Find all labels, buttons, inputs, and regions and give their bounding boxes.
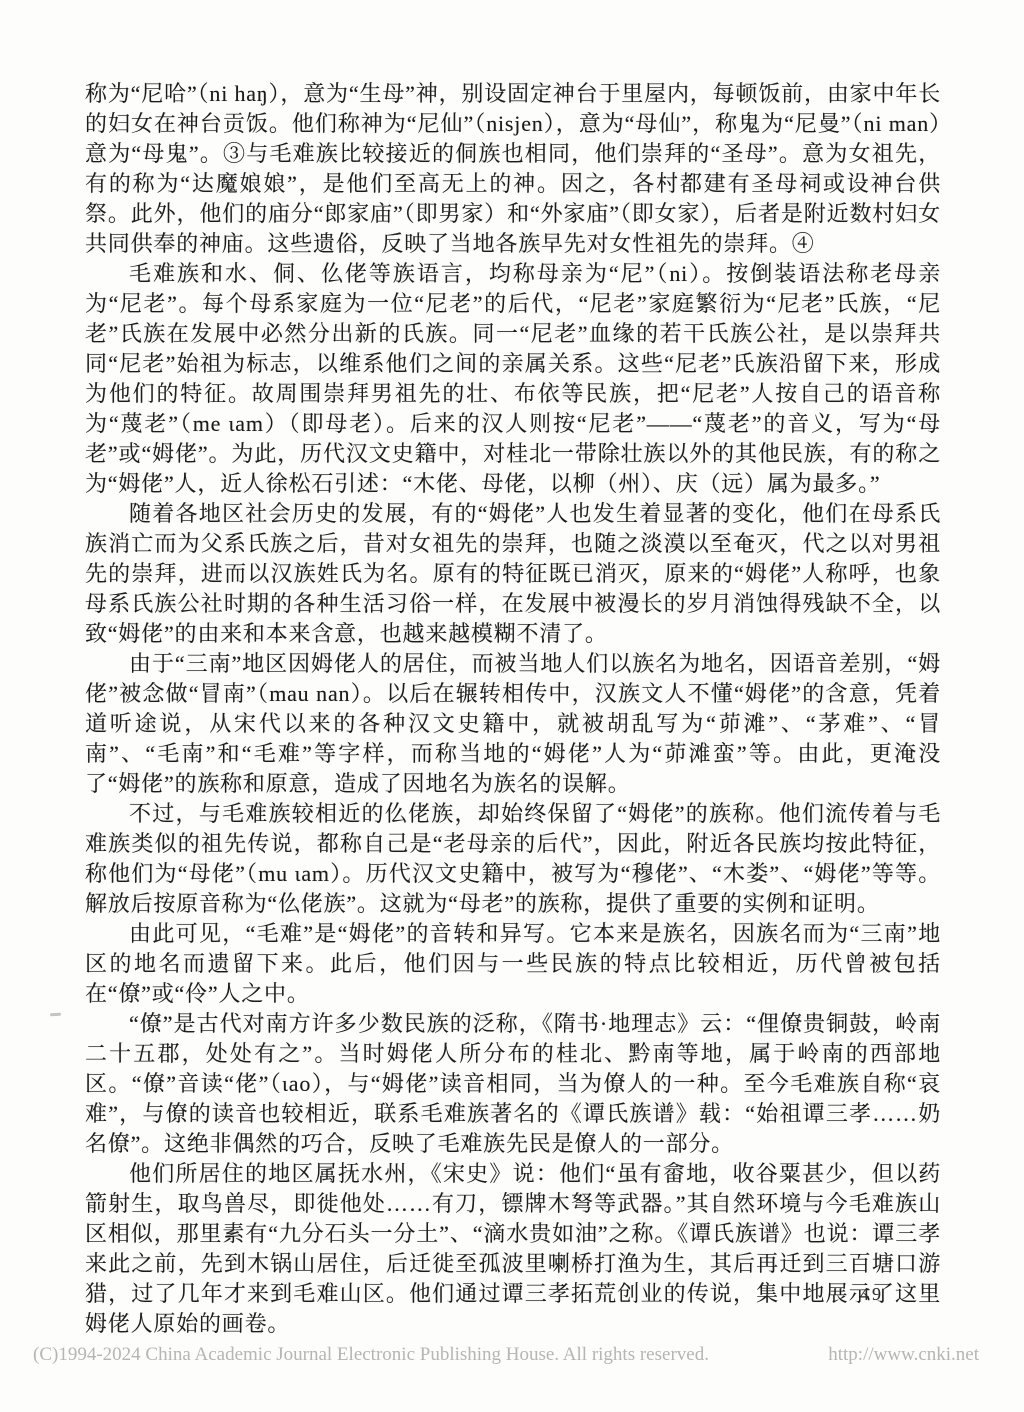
footer-url: http://www.cnki.net <box>828 1344 979 1366</box>
paragraph: 随着各地区社会历史的发展，有的“姆佬”人也发生着显著的变化，他们在母系氏族消亡而… <box>85 499 941 649</box>
paragraph: 由于“三南”地区因姆佬人的居住，而被当地人们以族名为地名，因语音差别，“姆佬”被… <box>85 649 941 799</box>
paragraph: 毛难族和水、侗、仫佬等族语言，均称母亲为“尼”（ni）。按倒装语法称老母亲为“尼… <box>85 259 941 499</box>
paragraph: 由此可见，“毛难”是“姆佬”的音转和异写。它本来是族名，因族名而为“三南”地区的… <box>85 919 941 1009</box>
article-body: 称为“尼哈”（ni haŋ），意为“生母”神，别设固定神台于里屋内，每顿饭前，由… <box>85 79 941 1339</box>
paragraph: 不过，与毛难族较相近的仫佬族，却始终保留了“姆佬”的族称。他们流传着与毛难族类似… <box>85 799 941 919</box>
paragraph: 称为“尼哈”（ni haŋ），意为“生母”神，别设固定神台于里屋内，每顿饭前，由… <box>85 79 941 259</box>
page-number: 49 <box>860 1284 884 1305</box>
paragraph: 他们所居住的地区属抚水州，《宋史》说：他们“虽有畲地，收谷粟甚少，但以药箭射生，… <box>85 1159 941 1339</box>
scanned-document-page: 称为“尼哈”（ni haŋ），意为“生母”神，别设固定神台于里屋内，每顿饭前，由… <box>0 0 1024 1412</box>
paragraph: “僚”是古代对南方许多少数民族的泛称，《隋书·地理志》云：“俚僚贵铜鼓，岭南二十… <box>85 1009 941 1159</box>
scan-artifact-mark <box>50 1013 61 1017</box>
copyright-footer: (C)1994-2024 China Academic Journal Elec… <box>33 1344 979 1366</box>
copyright-text: (C)1994-2024 China Academic Journal Elec… <box>33 1344 709 1366</box>
